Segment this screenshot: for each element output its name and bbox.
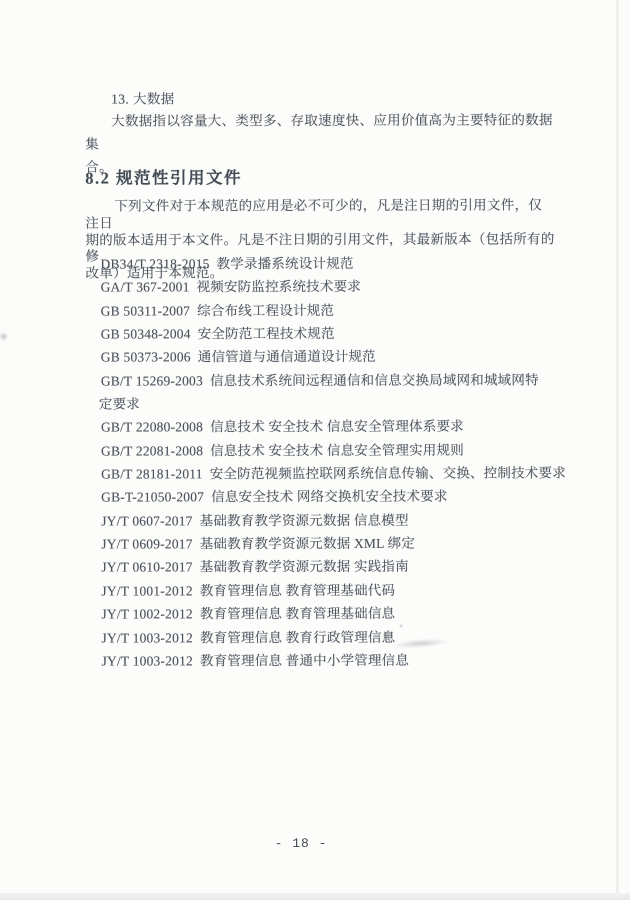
reference-item: GB 50348-2004安全防范工程技术规范 [101,321,576,346]
reference-title: 教育管理信息 教育管理基础信息 [200,606,395,622]
reference-line: GB 50373-2006通信管道与通信通道设计规范 [101,345,576,370]
reference-item: JY/T 1002-2012教育管理信息 教育管理基础信息 [101,601,576,626]
reference-line: JY/T 1003-2012教育管理信息 普通中小学管理信息 [102,648,577,673]
reference-item: JY/T 1003-2012教育管理信息 普通中小学管理信息 [102,648,577,673]
reference-item: DB34/T 2318-2015教学录播系统设计规范 [100,251,575,276]
reference-code: DB34/T 2318-2015 [100,256,209,271]
reference-code: JY/T 0609-2017 [101,536,192,551]
reference-item: JY/T 0609-2017基础教育教学资源元数据 XML 绑定 [101,531,576,556]
scan-fold-line [616,0,619,900]
reference-title: 安全防范视频监控联网系统信息传输、交换、控制技术要求 [210,465,566,481]
reference-title: 基础教育教学资源元数据 XML 绑定 [200,536,415,552]
reference-code: GB/T 22080-2008 [101,420,203,435]
reference-line: GA/T 367-2001视频安防监控系统技术要求 [101,275,576,300]
glossary-item-13-title: 13. 大数据 [111,87,175,107]
reference-item: GB/T 28181-2011安全防范视频监控联网系统信息传输、交换、控制技术要… [101,461,576,486]
reference-code: JY/T 1001-2012 [101,583,192,598]
reference-code: GB/T 28181-2011 [101,466,203,481]
reference-title: 通信管道与通信通道设计规范 [198,349,376,364]
reference-item: JY/T 1001-2012教育管理信息 教育管理基础代码 [101,578,576,603]
reference-title: 基础教育教学资源元数据 信息模型 [200,513,409,529]
reference-line: JY/T 0610-2017基础教育教学资源元数据 实践指南 [101,555,576,580]
reference-line: JY/T 0609-2017基础教育教学资源元数据 XML 绑定 [101,531,576,556]
reference-line: DB34/T 2318-2015教学录播系统设计规范 [100,251,575,276]
reference-item: JY/T 1003-2012教育管理信息 教育行政管理信息 [101,625,576,650]
section-heading-8-2: 8.2 规范性引用文件 [85,164,242,188]
reference-item: GA/T 367-2001视频安防监控系统技术要求 [101,275,576,300]
reference-line: JY/T 1002-2012教育管理信息 教育管理基础信息 [101,601,576,626]
reference-item: GB/T 15269-2003信息技术系统间远程通信和信息交换局域网和城域网特 … [101,368,576,416]
reference-title: 信息技术 安全技术 信息安全管理体系要求 [210,419,464,435]
reference-title: 信息技术系统间远程通信和信息交换局域网和城域网特 [210,372,539,388]
reference-line: GB/T 15269-2003信息技术系统间远程通信和信息交换局域网和城域网特 [101,368,576,393]
page-number: - 18 - [1,835,601,852]
reference-code: GB-T-21050-2007 [101,490,204,505]
reference-line: GB/T 28181-2011安全防范视频监控联网系统信息传输、交换、控制技术要… [101,461,576,486]
reference-item: GB-T-21050-2007信息安全技术 网络交换机安全技术要求 [101,485,576,510]
reference-line: JY/T 1001-2012教育管理信息 教育管理基础代码 [101,578,576,603]
reference-code: GB/T 22081-2008 [101,443,203,458]
scanned-document-page: 13. 大数据 大数据指以容量大、类型多、存取速度快、应用价值高为主要特征的数据… [0,0,630,900]
reference-line: GB 50348-2004安全防范工程技术规范 [101,321,576,346]
reference-line: GB/T 22081-2008信息技术 安全技术 信息安全管理实用规则 [101,438,576,463]
scan-edge-shadow [0,893,630,900]
reference-line: GB-T-21050-2007信息安全技术 网络交换机安全技术要求 [101,485,576,510]
reference-item: JY/T 0607-2017基础教育教学资源元数据 信息模型 [101,508,576,533]
reference-title: 综合布线工程设计规范 [197,303,334,318]
reference-line: JY/T 0607-2017基础教育教学资源元数据 信息模型 [101,508,576,533]
reference-item: GB/T 22081-2008信息技术 安全技术 信息安全管理实用规则 [101,438,576,463]
reference-title: 基础教育教学资源元数据 实践指南 [200,559,409,575]
reference-line: GB/T 22080-2008信息技术 安全技术 信息安全管理体系要求 [101,415,576,440]
ink-smudge [399,624,403,628]
reference-item: GB/T 22080-2008信息技术 安全技术 信息安全管理体系要求 [101,415,576,440]
reference-line: JY/T 1003-2012教育管理信息 教育行政管理信息 [101,625,576,650]
ink-smudge [383,632,393,642]
reference-title: 安全防范工程技术规范 [198,326,335,341]
reference-code: GB 50311-2007 [101,303,191,318]
reference-title: 信息安全技术 网络交换机安全技术要求 [211,489,448,505]
reference-title: 教育管理信息 教育行政管理信息 [200,629,395,645]
reference-item: GB 50373-2006通信管道与通信通道设计规范 [101,345,576,370]
reference-code: JY/T 1003-2012 [101,630,192,645]
reference-line: GB 50311-2007综合布线工程设计规范 [101,298,576,323]
reference-code: GB 50373-2006 [101,350,191,365]
reference-list: DB34/T 2318-2015教学录播系统设计规范 GA/T 367-2001… [100,251,576,672]
reference-title: 教学录播系统设计规范 [217,256,354,271]
reference-item: JY/T 0610-2017基础教育教学资源元数据 实践指南 [101,555,576,580]
reference-code: JY/T 0607-2017 [101,513,192,528]
page-content: 13. 大数据 大数据指以容量大、类型多、存取速度快、应用价值高为主要特征的数据… [0,0,630,900]
reference-code: GB 50348-2004 [101,326,191,341]
reference-code: GA/T 367-2001 [101,280,190,295]
scan-speck [0,331,9,342]
definition-line: 大数据指以容量大、类型多、存取速度快、应用价值高为主要特征的数据集 [85,108,553,155]
reference-code: JY/T 1003-2012 [102,653,193,668]
reference-title: 信息技术 安全技术 信息安全管理实用规则 [210,442,464,458]
reference-title: 视频安防监控系统技术要求 [197,279,361,294]
reference-item: GB 50311-2007综合布线工程设计规范 [101,298,576,323]
reference-code: JY/T 1002-2012 [101,606,192,621]
reference-code: GB/T 15269-2003 [101,373,203,388]
reference-title-continuation: 定要求 [99,391,576,416]
intro-line: 下列文件对于本规范的应用是必不可少的，凡是注日期的引用文件，仅注日 [85,197,555,232]
reference-title: 教育管理信息 普通中小学管理信息 [200,653,409,669]
reference-title: 教育管理信息 教育管理基础代码 [200,583,395,599]
reference-code: JY/T 0610-2017 [101,560,192,575]
